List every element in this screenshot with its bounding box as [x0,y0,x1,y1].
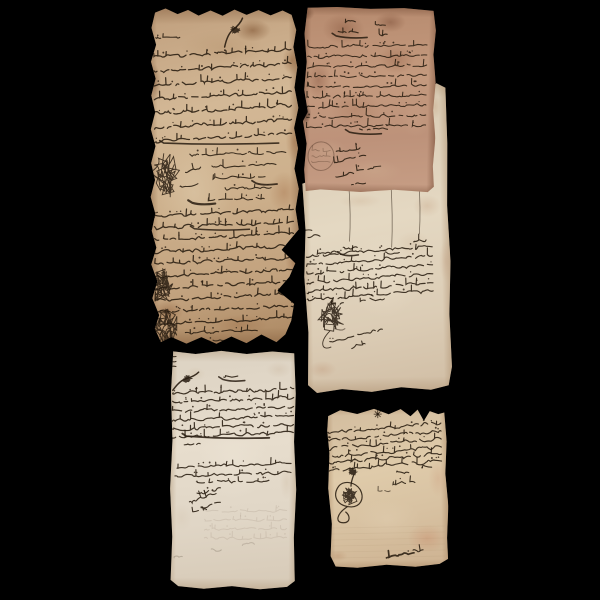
document-tall-torn-letter [148,6,301,345]
photo-canvas [0,0,600,600]
document-court-record-page-ink [168,349,298,590]
document-court-record-page [168,349,298,590]
document-browned-petition [300,6,437,194]
document-sealed-note [326,406,450,569]
document-browned-petition-ink [300,6,437,194]
document-tall-torn-letter-ink [148,6,301,345]
document-sealed-note-ink [326,406,450,569]
